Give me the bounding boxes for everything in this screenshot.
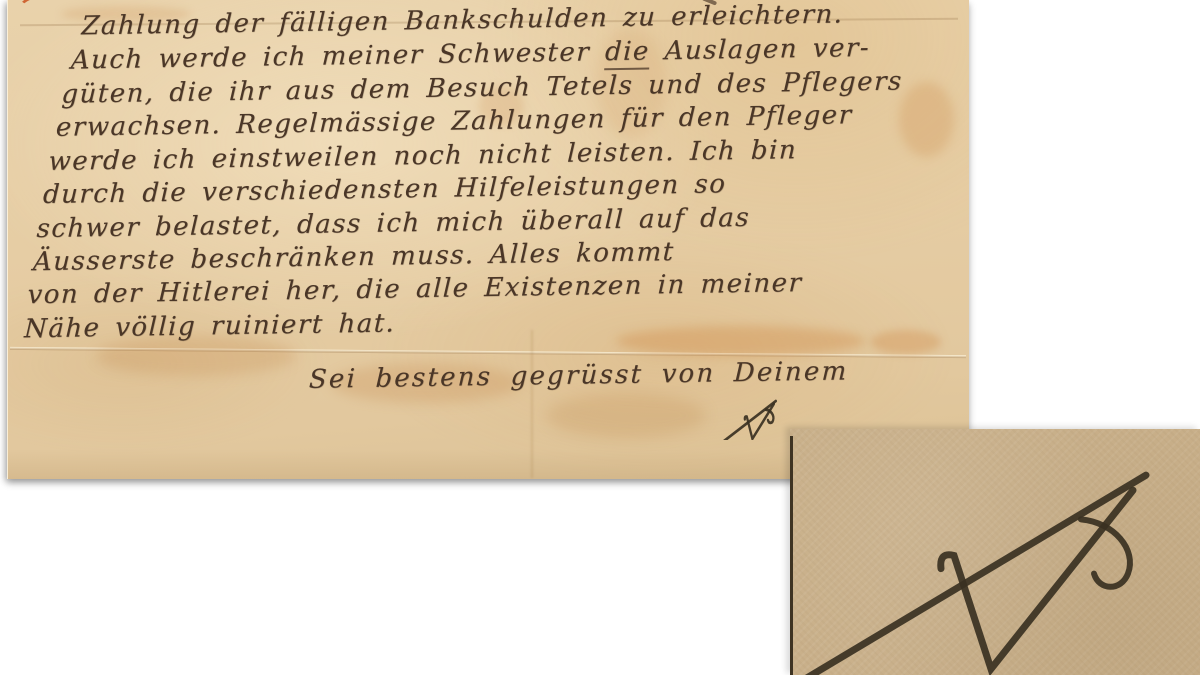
line-text: Auslagen ver- [649,33,870,66]
letter-photo: Zahlung der fälligen Bankschulden zu erl… [7,0,969,479]
line-text: Auch werde ich meiner Schwester [70,37,605,75]
line-text: Nähe völlig ruiniert hat. [24,308,396,344]
signature-small [722,392,784,440]
closing-line: Sei bestens gegrüsst von Deinem [308,356,849,394]
signature-large [790,429,1200,675]
letter-line: Nähe völlig ruiniert hat. [24,308,396,344]
underlined-word: die [604,36,650,70]
screenshot-root: Zahlung der fälligen Bankschulden zu erl… [0,0,1200,675]
letter-text: Zahlung der fälligen Bankschulden zu erl… [8,0,976,486]
signature-detail-inset [790,429,1200,675]
